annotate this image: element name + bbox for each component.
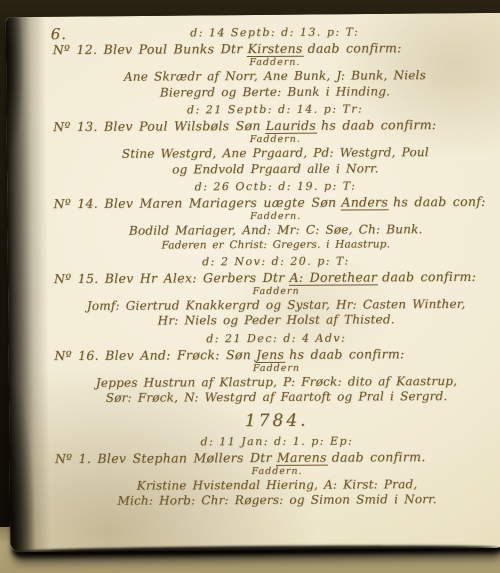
entry-text-prefix: Nº 13. Blev Poul Wilsbøls Søn [53,118,261,134]
fadder-label: Faddern. [54,210,498,223]
fadder-label: Faddern [54,361,498,374]
confirmand-name: Laurids [265,118,317,134]
entry-no-16: d: 21 Dec: d: 4 Adv: Nº 16. Blev And: Fr… [54,329,498,406]
entry-text-prefix: Nº 16. Blev And: Frøck: Søn [54,347,251,363]
godparents-line: Jomf: Giertrud Knakkergrd og Systar, Hr:… [54,296,498,314]
father-note-line: Faderen er Christ: Gregers. i Haastrup. [54,237,498,252]
entry-text-prefix: Nº 14. Blev Maren Mariagers uægte Søn [54,195,337,211]
page-number: 6. [51,25,67,43]
entry-no-13: d: 21 Septb: d: 14. p: Tr: Nº 13. Blev P… [53,101,497,178]
entry-text-prefix: Nº 1. Blev Stephan Møllers Dtr [55,449,272,465]
year-heading: 1784. [55,408,499,432]
manuscript-photo: 6. d: 14 Septb: d: 13. p: T: Nº 12. Blev… [0,0,500,573]
entry-no-1-1784: d: 11 Jan: d: 1. p: Ep: Nº 1. Blev Steph… [55,432,499,509]
entry-no-15: d: 2 Nov: d: 20. p: T: Nº 15. Blev Hr Al… [54,252,498,329]
manuscript-paper: 6. d: 14 Septb: d: 13. p: T: Nº 12. Blev… [6,13,500,552]
entry-text-suffix: hs daab confirm: [289,346,404,362]
entry-text-prefix: Nº 15. Blev Hr Alex: Gerbers Dtr [54,269,285,285]
entry-no-12: d: 14 Septb: d: 13. p: T: Nº 12. Blev Po… [53,24,497,101]
godparents-line: Sør: Frøck, N: Westgrd af Faartoft og Pr… [55,389,499,407]
confirmand-name: Jens [255,346,285,362]
fadder-label: Faddern. [53,56,497,69]
confirmand-name: Marens [276,449,328,465]
entry-text-suffix: daab confirm. [332,449,426,464]
entry-text-suffix: hs daab confirm: [321,117,436,133]
confirmand-name: Kirstens [247,41,304,57]
entry-main-line: Nº 15. Blev Hr Alex: Gerbers DtrA: Doret… [54,267,498,286]
entry-text-suffix: daab confirm: [382,268,476,283]
godparents-line: Mich: Horb: Chr: Røgers: og Simon Smid i… [55,492,499,510]
entry-main-line: Nº 13. Blev Poul Wilsbøls SønLauridshs d… [53,116,497,135]
godparents-line: og Endvold Prgaard alle i Norr. [53,160,497,178]
entry-text-suffix: daab confirm: [308,40,402,55]
entry-text-suffix: hs daab conf: [393,194,486,209]
entry-main-line: Nº 14. Blev Maren Mariagers uægte SønAnd… [54,193,498,212]
entry-no-14: d: 26 Octb: d: 19. p: T: Nº 14. Blev Mar… [53,178,497,253]
confirmand-name: Anders [340,194,389,210]
godparents-line: Hr: Niels og Peder Holst af Thisted. [54,312,498,330]
confirmand-name: A: Dorethear [288,269,378,285]
entry-text-prefix: Nº 12. Blev Poul Bunks Dtr [53,41,243,57]
godparents-line: Bieregrd og Berte: Bunk i Hinding. [53,83,497,101]
handwritten-page: 6. d: 14 Septb: d: 13. p: T: Nº 12. Blev… [7,14,500,552]
fadder-label: Faddern. [55,464,499,477]
fadder-label: Faddern. [53,133,497,146]
fadder-label: Faddern [54,284,498,297]
